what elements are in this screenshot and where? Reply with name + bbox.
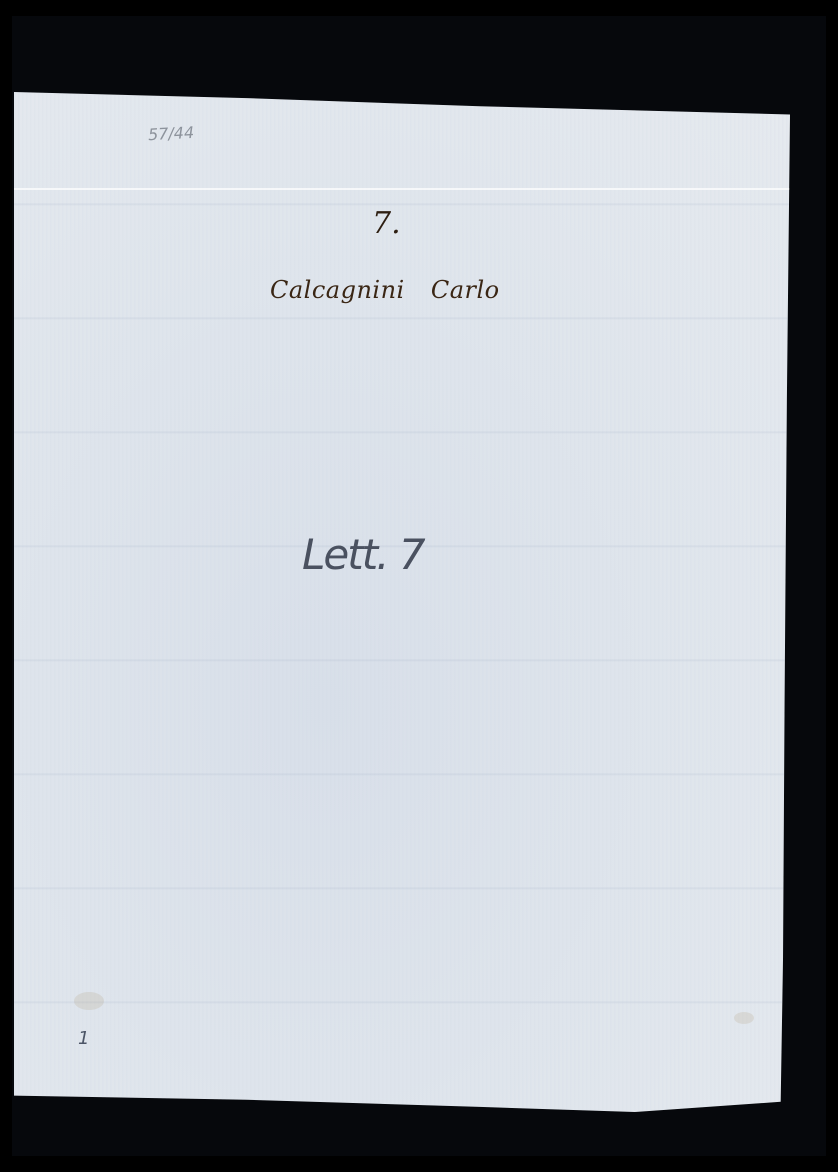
fold-line [14, 188, 790, 190]
paper-sheet [14, 92, 790, 1112]
paper-stain [734, 1012, 754, 1024]
name-heading: Calcagnini Carlo [270, 276, 500, 304]
letter-mark: Lett. 7 [302, 530, 424, 579]
paper-stain [74, 992, 104, 1010]
archive-number: 57/44 [148, 123, 195, 144]
page-number: 1 [78, 1028, 89, 1049]
item-number: 7. [372, 206, 401, 241]
